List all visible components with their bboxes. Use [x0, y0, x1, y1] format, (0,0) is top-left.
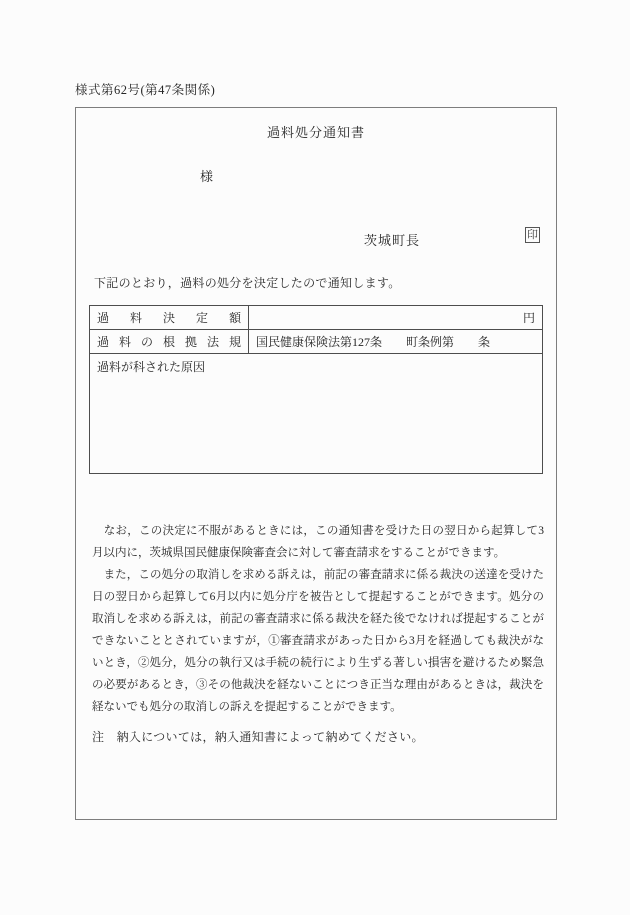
document-title: 過料処分通知書	[76, 122, 556, 141]
appeal-paragraph-1: なお，この決定に不服があるときには，この通知書を受けた日の翌日から起算して3月以…	[92, 520, 544, 564]
intro-sentence: 下記のとおり，過料の処分を決定したので通知します。	[94, 274, 401, 291]
legal-basis-label: 過料の根拠法規	[90, 330, 249, 354]
appeal-instructions: なお，この決定に不服があるときには，この通知書を受けた日の翌日から起算して3月以…	[92, 520, 544, 718]
seal-placeholder-icon: 印	[525, 227, 540, 243]
document-page: 様式第62号(第47条関係) 過料処分通知書 様 茨城町長 印 下記のとおり，過…	[0, 0, 630, 915]
appeal-paragraph-2: また，この処分の取消しを求める訴えは，前記の審査請求に係る裁決の送達を受けた日の…	[92, 564, 544, 718]
table-row-cause: 過料が科された原因	[90, 354, 543, 474]
table-row-legal-basis: 過料の根拠法規 国民健康保険法第127条 町条例第 条	[90, 330, 543, 354]
legal-basis-value: 国民健康保険法第127条 町条例第 条	[249, 330, 543, 354]
fine-details-table: 過料決定額 円 過料の根拠法規 国民健康保険法第127条 町条例第 条 過料が科…	[89, 305, 543, 474]
amount-label: 過料決定額	[90, 306, 249, 330]
amount-value-cell: 円	[249, 306, 543, 330]
notice-border-box: 過料処分通知書 様 茨城町長 印 下記のとおり，過料の処分を決定したので通知しま…	[75, 107, 557, 820]
cause-label: 過料が科された原因	[90, 354, 543, 474]
payment-note: 注 納入については，納入通知書によって納めてください。	[92, 728, 424, 745]
form-code-label: 様式第62号(第47条関係)	[75, 80, 215, 98]
issuer-name: 茨城町長	[364, 230, 420, 249]
addressee-suffix: 様	[200, 166, 213, 185]
table-row-amount: 過料決定額 円	[90, 306, 543, 330]
amount-unit: 円	[523, 311, 535, 325]
